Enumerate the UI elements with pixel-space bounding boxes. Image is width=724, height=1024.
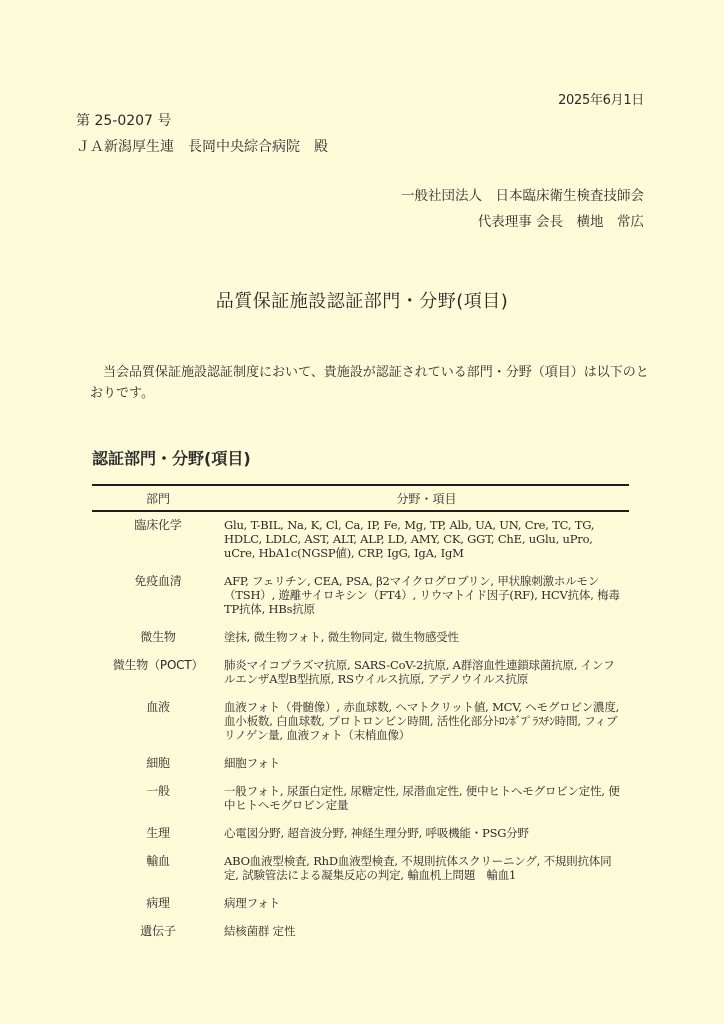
column-header-items: 分野・項目	[224, 485, 629, 511]
items-cell: ABO血液型検査, RhD血液型検査, 不規則抗体スクリーニング, 不規則抗体同…	[224, 848, 629, 890]
table-row: 血液 血液フォト（骨髄像）, 赤血球数, ヘマトクリット値, MCV, ヘモグロ…	[92, 694, 629, 750]
department-cell: 微生物（POCT）	[92, 652, 224, 694]
table-row: 免疫血清 AFP, フェリチン, CEA, PSA, β2マイクログロブリン, …	[92, 568, 629, 624]
department-cell: 細胞	[92, 750, 224, 778]
document-title: 品質保証施設認証部門・分野(項目)	[0, 287, 724, 313]
table-row: 輸血 ABO血液型検査, RhD血液型検査, 不規則抗体スクリーニング, 不規則…	[92, 848, 629, 890]
department-cell: 臨床化学	[92, 511, 224, 568]
column-header-department: 部門	[92, 485, 224, 511]
items-cell: 一般フォト, 尿蛋白定性, 尿糖定性, 尿潜血定性, 便中ヒトヘモグロビン定性,…	[224, 778, 629, 820]
recipient: ＪＡ新潟厚生連長岡中央綜合病院殿	[76, 136, 328, 156]
table-row: 一般 一般フォト, 尿蛋白定性, 尿糖定性, 尿潜血定性, 便中ヒトヘモグロビン…	[92, 778, 629, 820]
sender-representative: 代表理事 会長 横地 常広	[478, 210, 644, 230]
certification-table: 部門 分野・項目 臨床化学 Glu, T-BIL, Na, K, Cl, Ca,…	[92, 484, 629, 946]
section-heading: 認証部門・分野(項目)	[92, 446, 251, 469]
recipient-organization: ＪＡ新潟厚生連	[76, 139, 174, 155]
table-row: 遺伝子 結核菌群 定性	[92, 918, 629, 946]
items-cell: 病理フォト	[224, 890, 629, 918]
items-cell: Glu, T-BIL, Na, K, Cl, Ca, IP, Fe, Mg, T…	[224, 511, 629, 568]
items-cell: 肺炎マイコプラズマ抗原, SARS-CoV-2抗原, A群溶血性連鎖球菌抗原, …	[224, 652, 629, 694]
department-cell: 一般	[92, 778, 224, 820]
department-cell: 生理	[92, 820, 224, 848]
table-row: 臨床化学 Glu, T-BIL, Na, K, Cl, Ca, IP, Fe, …	[92, 511, 629, 568]
department-cell: 病理	[92, 890, 224, 918]
intro-paragraph: 当会品質保証施設認証制度において、貴施設が認証されている部門・分野（項目）は以下…	[90, 362, 650, 404]
department-cell: 輸血	[92, 848, 224, 890]
items-cell: 結核菌群 定性	[224, 918, 629, 946]
table-row: 細胞 細胞フォト	[92, 750, 629, 778]
department-cell: 血液	[92, 694, 224, 750]
document-number: 第 25-0207 号	[76, 110, 171, 130]
department-cell: 免疫血清	[92, 568, 224, 624]
items-cell: 塗抹, 微生物フォト, 微生物同定, 微生物感受性	[224, 624, 629, 652]
sender-organization: 一般社団法人 日本臨床衛生検査技師会	[401, 184, 644, 204]
table-header-row: 部門 分野・項目	[92, 485, 629, 511]
items-cell: AFP, フェリチン, CEA, PSA, β2マイクログロブリン, 甲状腺刺激…	[224, 568, 629, 624]
document-date: 2025年6月1日	[558, 89, 644, 108]
items-cell: 細胞フォト	[224, 750, 629, 778]
recipient-hospital: 長岡中央綜合病院	[188, 139, 300, 155]
table-row: 微生物 塗抹, 微生物フォト, 微生物同定, 微生物感受性	[92, 624, 629, 652]
department-cell: 微生物	[92, 624, 224, 652]
department-cell: 遺伝子	[92, 918, 224, 946]
items-cell: 心電図分野, 超音波分野, 神経生理分野, 呼吸機能・PSG分野	[224, 820, 629, 848]
items-cell: 血液フォト（骨髄像）, 赤血球数, ヘマトクリット値, MCV, ヘモグロビン濃…	[224, 694, 629, 750]
recipient-honorific: 殿	[314, 139, 328, 155]
table-row: 生理 心電図分野, 超音波分野, 神経生理分野, 呼吸機能・PSG分野	[92, 820, 629, 848]
table-row: 微生物（POCT） 肺炎マイコプラズマ抗原, SARS-CoV-2抗原, A群溶…	[92, 652, 629, 694]
table-row: 病理 病理フォト	[92, 890, 629, 918]
